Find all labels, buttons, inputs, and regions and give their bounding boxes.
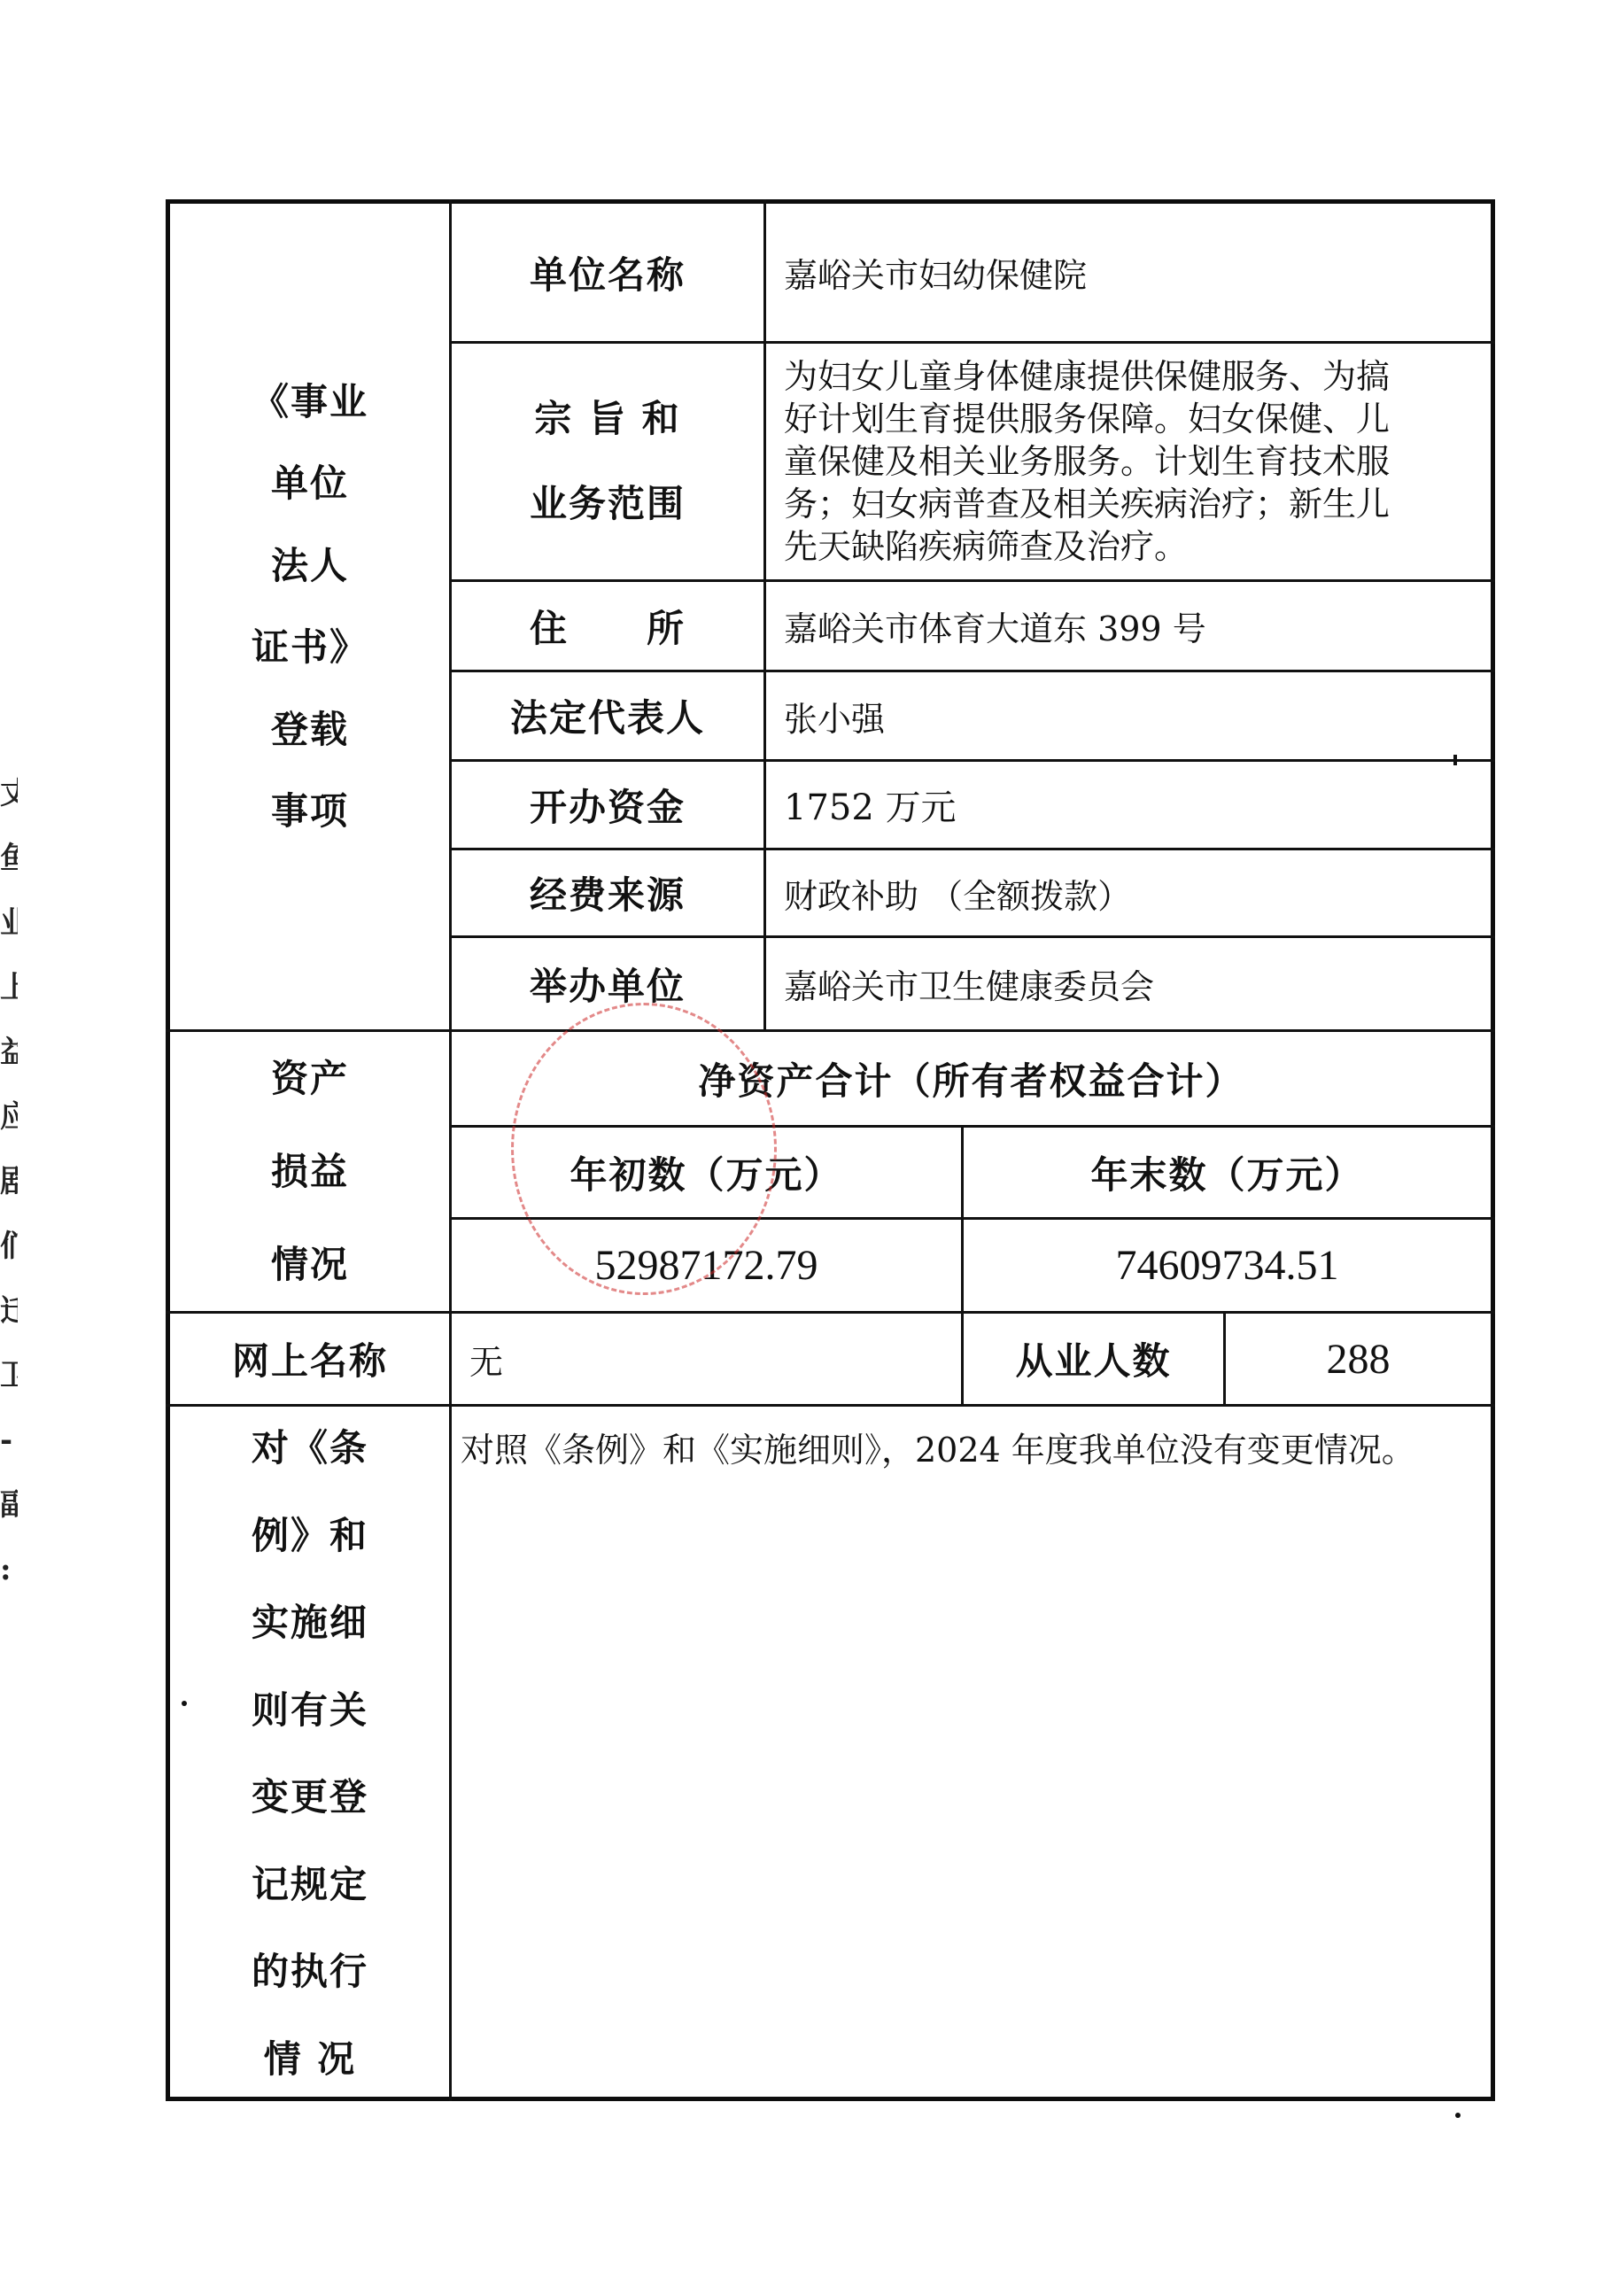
registration-section-label: 《事业 单位 法人 证书》 登载 事项	[170, 376, 450, 837]
online-name-value: 无	[452, 1314, 961, 1404]
label-line: 则有关	[252, 1679, 368, 1741]
label-line: 资产	[271, 1052, 349, 1105]
legal-rep-label: 法定代表人	[452, 672, 763, 759]
assets-section-label: 资产 损益 情况	[170, 1032, 450, 1311]
text-line: 先天缺陷疾病筛查及治疗。	[784, 525, 1188, 568]
funding-source-label: 经费来源	[452, 850, 763, 935]
staff-count-value: 288	[1226, 1314, 1491, 1404]
funding-source-value: 财政补助 （全额拨款）	[766, 850, 1491, 935]
label-line: 例》和	[252, 1505, 368, 1567]
divider	[166, 1404, 1495, 1407]
label-line: 业务范围	[530, 462, 686, 547]
label-line: 证书》	[252, 622, 368, 673]
label-line: 情 况	[264, 2028, 357, 2090]
compliance-label: 对《条 例》和 实施细 则有关 变更登 记规定 的执行 情 况	[170, 1417, 450, 2090]
text-line: 为妇女儿童身体健康提供保健服务、为搞	[784, 355, 1390, 398]
address-value: 嘉峪关市体育大道东 399 号	[766, 582, 1491, 670]
sponsor-value: 嘉峪关市卫生健康委员会	[766, 938, 1491, 1029]
end-year-value: 74609734.51	[964, 1220, 1491, 1311]
label-line: 记规定	[252, 1854, 368, 1916]
capital-value: 1752 万元	[766, 762, 1491, 848]
legal-rep-value: 张小强	[766, 672, 1491, 759]
text-line: 务；妇女病普查及相关疾病治疗；新生儿	[784, 483, 1390, 525]
label-line: 损益	[271, 1145, 349, 1198]
label-line: 事项	[271, 786, 349, 837]
text-line: 童保健及相关业务服务。计划生育技术服	[784, 440, 1390, 483]
capital-label: 开办资金	[452, 762, 763, 848]
label-line: 的执行	[252, 1941, 368, 2003]
unit-name-label: 单位名称	[452, 204, 763, 341]
label-line: 登载	[271, 704, 349, 756]
scan-artifact	[1455, 2113, 1461, 2118]
unit-name-value: 嘉峪关市妇幼保健院	[766, 204, 1491, 341]
label-line: 《事业	[252, 376, 368, 428]
end-year-header: 年末数（万元）	[964, 1128, 1491, 1217]
online-name-label: 网上名称	[170, 1314, 450, 1404]
document-page: 丈鱼业上益应剧们迁卫-副: 《事业 单位 法人 证书》 登载 事项 单位名称 嘉…	[0, 0, 1612, 2296]
purpose-label: 宗 旨 和 业务范围	[452, 344, 763, 579]
label-line: 法人	[271, 540, 349, 592]
margin-bleed-marks: 丈鱼业上益应剧们迁卫-副:	[0, 762, 18, 1602]
purpose-value: 为妇女儿童身体健康提供保健服务、为搞 好计划生育提供服务保障。妇女保健、儿 童保…	[766, 344, 1491, 579]
official-seal-stamp	[511, 1003, 777, 1295]
label-line: 单位	[271, 458, 349, 509]
label-line: 情况	[271, 1238, 349, 1291]
label-line: 实施细	[252, 1592, 368, 1654]
address-label: 住 所	[452, 582, 763, 670]
label-line: 变更登	[252, 1766, 368, 1828]
text-line: 好计划生育提供服务保障。妇女保健、儿	[784, 398, 1390, 440]
label-line: 宗 旨 和	[534, 376, 680, 462]
compliance-statement: 对照《条例》和《实施细则》，2024 年度我单位没有变更情况。	[461, 1416, 1491, 1478]
staff-count-label: 从业人数	[964, 1314, 1223, 1404]
label-line: 对《条	[252, 1417, 368, 1479]
